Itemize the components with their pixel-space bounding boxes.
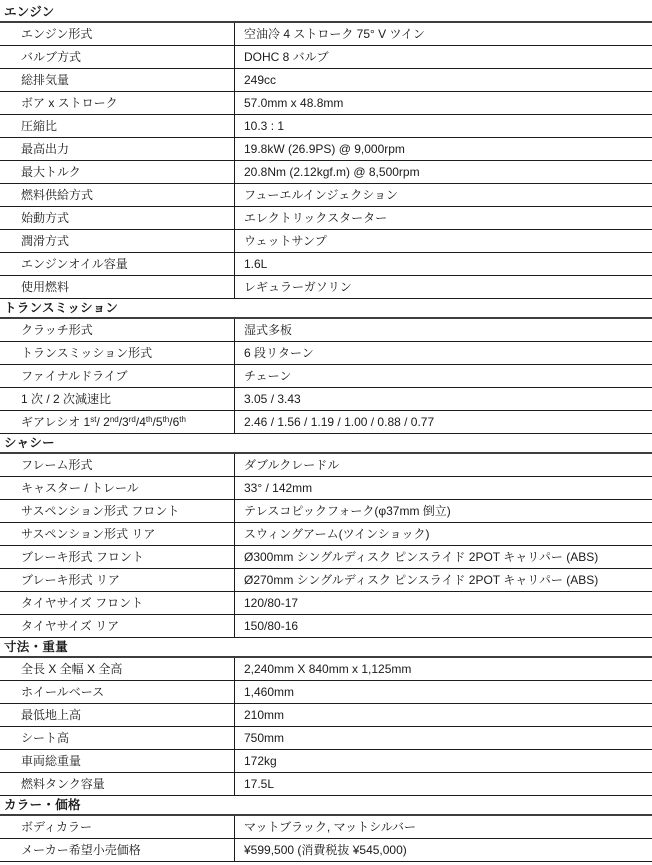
spec-label-ordinal: th	[146, 416, 153, 424]
section-rows: クラッチ形式湿式多板トランスミッション形式6 段リターンファイナルドライブチェー…	[0, 319, 652, 434]
spec-label: ボア x ストローク	[0, 92, 235, 114]
spec-label: バルブ方式	[0, 46, 235, 68]
spec-row: 最高出力19.8kW (26.9PS) @ 9,000rpm	[0, 138, 652, 161]
spec-value: レギュラーガソリン	[235, 276, 652, 298]
spec-label: トランスミッション形式	[0, 342, 235, 364]
section-title: エンジン	[0, 3, 652, 23]
spec-row: クラッチ形式湿式多板	[0, 319, 652, 342]
spec-value: 33° / 142mm	[235, 477, 652, 499]
spec-label: 全長 X 全幅 X 全高	[0, 658, 235, 680]
spec-value: 150/80-16	[235, 615, 652, 637]
spec-value: 17.5L	[235, 773, 652, 795]
section-rows: フレーム形式ダブルクレードルキャスター / トレール33° / 142mmサスペ…	[0, 454, 652, 638]
spec-row: 使用燃料レギュラーガソリン	[0, 276, 652, 299]
spec-label-segment: /4	[136, 415, 146, 429]
spec-section-3: 寸法・重量全長 X 全幅 X 全高2,240mm X 840mm x 1,125…	[0, 638, 652, 796]
spec-value: マットブラック, マットシルバー	[235, 816, 652, 838]
spec-label-ordinal: th	[179, 416, 186, 424]
section-title: 寸法・重量	[0, 638, 652, 658]
spec-label: ギアレシオ 1st/ 2nd/3rd/4th/5th/6th	[0, 411, 235, 433]
spec-section-0: エンジンエンジン形式空油冷 4 ストローク 75° V ツインバルブ方式DOHC…	[0, 3, 652, 299]
spec-label: ファイナルドライブ	[0, 365, 235, 387]
spec-value: 湿式多板	[235, 319, 652, 341]
spec-label-segment: / 2	[96, 415, 109, 429]
spec-label: 始動方式	[0, 207, 235, 229]
spec-row: 始動方式エレクトリックスターター	[0, 207, 652, 230]
spec-label: 車両総重量	[0, 750, 235, 772]
section-rows: ボディカラーマットブラック, マットシルバーメーカー希望小売価格¥599,500…	[0, 816, 652, 862]
spec-label-segment: /6	[169, 415, 179, 429]
spec-value: 120/80-17	[235, 592, 652, 614]
spec-label-ordinal: nd	[110, 416, 119, 424]
spec-label: 最大トルク	[0, 161, 235, 183]
spec-row: ファイナルドライブチェーン	[0, 365, 652, 388]
spec-value: 3.05 / 3.43	[235, 388, 652, 410]
spec-value: 19.8kW (26.9PS) @ 9,000rpm	[235, 138, 652, 160]
spec-row: キャスター / トレール33° / 142mm	[0, 477, 652, 500]
spec-value: スウィングアーム(ツインショック)	[235, 523, 652, 545]
spec-label: ブレーキ形式 フロント	[0, 546, 235, 568]
spec-value: 1.6L	[235, 253, 652, 275]
spec-label: エンジン形式	[0, 23, 235, 45]
spec-label: メーカー希望小売価格	[0, 839, 235, 861]
spec-value: ¥599,500 (消費税抜 ¥545,000)	[235, 839, 652, 861]
spec-value: 172kg	[235, 750, 652, 772]
spec-label: ボディカラー	[0, 816, 235, 838]
spec-value: 20.8Nm (2.12kgf.m) @ 8,500rpm	[235, 161, 652, 183]
spec-value: 1,460mm	[235, 681, 652, 703]
spec-label: サスペンション形式 フロント	[0, 500, 235, 522]
spec-label-ordinal: st	[90, 416, 96, 424]
spec-row: サスペンション形式 リアスウィングアーム(ツインショック)	[0, 523, 652, 546]
spec-label: 最高出力	[0, 138, 235, 160]
section-title: トランスミッション	[0, 299, 652, 319]
spec-value: DOHC 8 バルブ	[235, 46, 652, 68]
spec-row: エンジンオイル容量1.6L	[0, 253, 652, 276]
spec-row: 車両総重量172kg	[0, 750, 652, 773]
spec-label-segment: /3	[119, 415, 129, 429]
spec-row: 燃料供給方式フューエルインジェクション	[0, 184, 652, 207]
spec-value: 2,240mm X 840mm x 1,125mm	[235, 658, 652, 680]
spec-label: 最低地上高	[0, 704, 235, 726]
spec-value: ウェットサンプ	[235, 230, 652, 252]
spec-label: ホイールベース	[0, 681, 235, 703]
spec-label: 総排気量	[0, 69, 235, 91]
spec-label: 圧縮比	[0, 115, 235, 137]
section-title: カラー・価格	[0, 796, 652, 816]
spec-row: シート高750mm	[0, 727, 652, 750]
spec-label: エンジンオイル容量	[0, 253, 235, 275]
spec-label: 使用燃料	[0, 276, 235, 298]
spec-label: サスペンション形式 リア	[0, 523, 235, 545]
spec-value: Ø270mm シングルディスク ピンスライド 2POT キャリパー (ABS)	[235, 569, 652, 591]
spec-label-ordinal: rd	[129, 416, 136, 424]
spec-label-ordinal: th	[163, 416, 170, 424]
spec-row: 総排気量249cc	[0, 69, 652, 92]
spec-value: Ø300mm シングルディスク ピンスライド 2POT キャリパー (ABS)	[235, 546, 652, 568]
spec-label: キャスター / トレール	[0, 477, 235, 499]
spec-value: エレクトリックスターター	[235, 207, 652, 229]
section-rows: エンジン形式空油冷 4 ストローク 75° V ツインバルブ方式DOHC 8 バ…	[0, 23, 652, 299]
spec-row: メーカー希望小売価格¥599,500 (消費税抜 ¥545,000)	[0, 839, 652, 862]
spec-row: バルブ方式DOHC 8 バルブ	[0, 46, 652, 69]
spec-row: ブレーキ形式 リアØ270mm シングルディスク ピンスライド 2POT キャリ…	[0, 569, 652, 592]
spec-value: ダブルクレードル	[235, 454, 652, 476]
spec-row: ブレーキ形式 フロントØ300mm シングルディスク ピンスライド 2POT キ…	[0, 546, 652, 569]
spec-row: 最大トルク20.8Nm (2.12kgf.m) @ 8,500rpm	[0, 161, 652, 184]
spec-row: 最低地上高210mm	[0, 704, 652, 727]
spec-row: ボア x ストローク57.0mm x 48.8mm	[0, 92, 652, 115]
spec-section-4: カラー・価格ボディカラーマットブラック, マットシルバーメーカー希望小売価格¥5…	[0, 796, 652, 862]
spec-value: 6 段リターン	[235, 342, 652, 364]
spec-row: サスペンション形式 フロントテレスコピックフォーク(φ37mm 倒立)	[0, 500, 652, 523]
spec-row: 燃料タンク容量17.5L	[0, 773, 652, 796]
spec-label: 燃料供給方式	[0, 184, 235, 206]
spec-value: テレスコピックフォーク(φ37mm 倒立)	[235, 500, 652, 522]
spec-row: ボディカラーマットブラック, マットシルバー	[0, 816, 652, 839]
spec-label: タイヤサイズ フロント	[0, 592, 235, 614]
spec-row: ギアレシオ 1st/ 2nd/3rd/4th/5th/6th2.46 / 1.5…	[0, 411, 652, 434]
spec-label: 潤滑方式	[0, 230, 235, 252]
spec-row: タイヤサイズ フロント120/80-17	[0, 592, 652, 615]
spec-row: 潤滑方式ウェットサンプ	[0, 230, 652, 253]
spec-row: 1 次 / 2 次減速比3.05 / 3.43	[0, 388, 652, 411]
spec-value: 249cc	[235, 69, 652, 91]
spec-label: タイヤサイズ リア	[0, 615, 235, 637]
spec-section-2: シャシーフレーム形式ダブルクレードルキャスター / トレール33° / 142m…	[0, 434, 652, 638]
spec-value: 2.46 / 1.56 / 1.19 / 1.00 / 0.88 / 0.77	[235, 411, 652, 433]
spec-row: ホイールベース1,460mm	[0, 681, 652, 704]
spec-value: チェーン	[235, 365, 652, 387]
spec-label-segment: ギアレシオ 1	[21, 415, 90, 429]
spec-row: タイヤサイズ リア150/80-16	[0, 615, 652, 638]
spec-section-1: トランスミッションクラッチ形式湿式多板トランスミッション形式6 段リターンファイ…	[0, 299, 652, 434]
section-title: シャシー	[0, 434, 652, 454]
spec-label: クラッチ形式	[0, 319, 235, 341]
spec-row: フレーム形式ダブルクレードル	[0, 454, 652, 477]
spec-label: ブレーキ形式 リア	[0, 569, 235, 591]
spec-label: シート高	[0, 727, 235, 749]
spec-label-segment: /5	[153, 415, 163, 429]
spec-label: 1 次 / 2 次減速比	[0, 388, 235, 410]
spec-row: トランスミッション形式6 段リターン	[0, 342, 652, 365]
spec-sheet: エンジンエンジン形式空油冷 4 ストローク 75° V ツインバルブ方式DOHC…	[0, 0, 652, 865]
spec-value: 空油冷 4 ストローク 75° V ツイン	[235, 23, 652, 45]
spec-row: 圧縮比10.3 : 1	[0, 115, 652, 138]
spec-value: フューエルインジェクション	[235, 184, 652, 206]
spec-label: フレーム形式	[0, 454, 235, 476]
spec-row: 全長 X 全幅 X 全高2,240mm X 840mm x 1,125mm	[0, 658, 652, 681]
spec-value: 57.0mm x 48.8mm	[235, 92, 652, 114]
spec-value: 750mm	[235, 727, 652, 749]
spec-label: 燃料タンク容量	[0, 773, 235, 795]
spec-value: 10.3 : 1	[235, 115, 652, 137]
section-rows: 全長 X 全幅 X 全高2,240mm X 840mm x 1,125mmホイー…	[0, 658, 652, 796]
spec-value: 210mm	[235, 704, 652, 726]
spec-row: エンジン形式空油冷 4 ストローク 75° V ツイン	[0, 23, 652, 46]
